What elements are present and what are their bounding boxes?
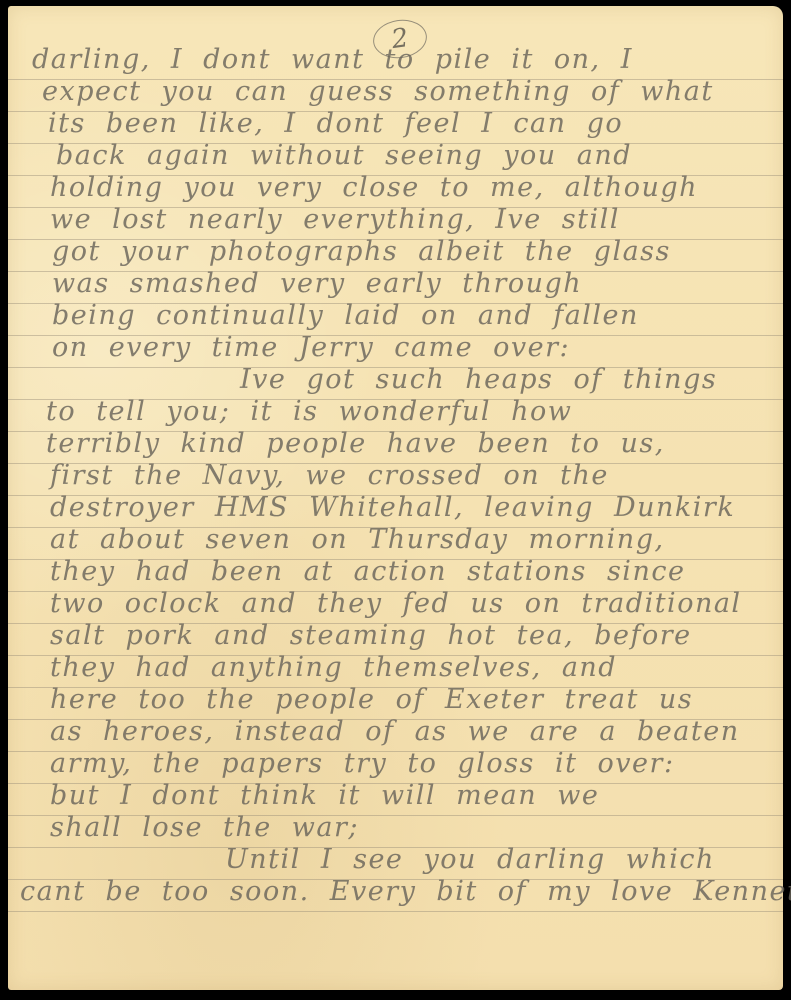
handwritten-line: here too the people of Exeter treat us: [50, 684, 693, 715]
handwritten-line: destroyer HMS Whitehall, leaving Dunkirk: [50, 492, 735, 523]
handwritten-line: we lost nearly everything, Ive still: [50, 204, 620, 235]
handwritten-line: as heroes, instead of as we are a beaten: [50, 716, 740, 747]
handwritten-line: being continually laid on and fallen: [52, 300, 639, 331]
handwritten-line: first the Navy, we crossed on the: [50, 460, 609, 491]
handwritten-line: they had been at action stations since: [50, 556, 685, 587]
handwritten-line: terribly kind people have been to us,: [46, 428, 665, 459]
handwritten-line: was smashed very early through: [52, 268, 582, 299]
letter-page: 2 darling, I dont want to pile it on, Ie…: [8, 6, 783, 990]
handwritten-line: its been like, I dont feel I can go: [48, 108, 623, 139]
letter-body: darling, I dont want to pile it on, Iexp…: [8, 6, 783, 990]
handwritten-line: army, the papers try to gloss it over:: [50, 748, 675, 779]
handwritten-line: two oclock and they fed us on traditiona…: [50, 588, 742, 619]
handwritten-line: on every time Jerry came over:: [52, 332, 570, 363]
handwritten-line: salt pork and steaming hot tea, before: [50, 620, 692, 651]
handwritten-line: Until I see you darling which: [225, 844, 715, 875]
handwritten-line: darling, I dont want to pile it on, I: [32, 44, 633, 75]
handwritten-line: but I dont think it will mean we: [50, 780, 599, 811]
handwritten-line: back again without seeing you and: [56, 140, 632, 171]
handwritten-line: expect you can guess something of what: [42, 76, 714, 107]
handwritten-line: to tell you; it is wonderful how: [46, 396, 572, 427]
handwritten-line: they had anything themselves, and: [50, 652, 617, 683]
handwritten-line: holding you very close to me, although: [50, 172, 698, 203]
handwritten-line: shall lose the war;: [50, 812, 359, 843]
handwritten-line: got your photographs albeit the glass: [52, 236, 671, 267]
handwritten-line: cant be too soon. Every bit of my love K…: [20, 876, 791, 907]
handwritten-line: at about seven on Thursday morning,: [50, 524, 665, 555]
handwritten-line: Ive got such heaps of things: [240, 364, 717, 395]
